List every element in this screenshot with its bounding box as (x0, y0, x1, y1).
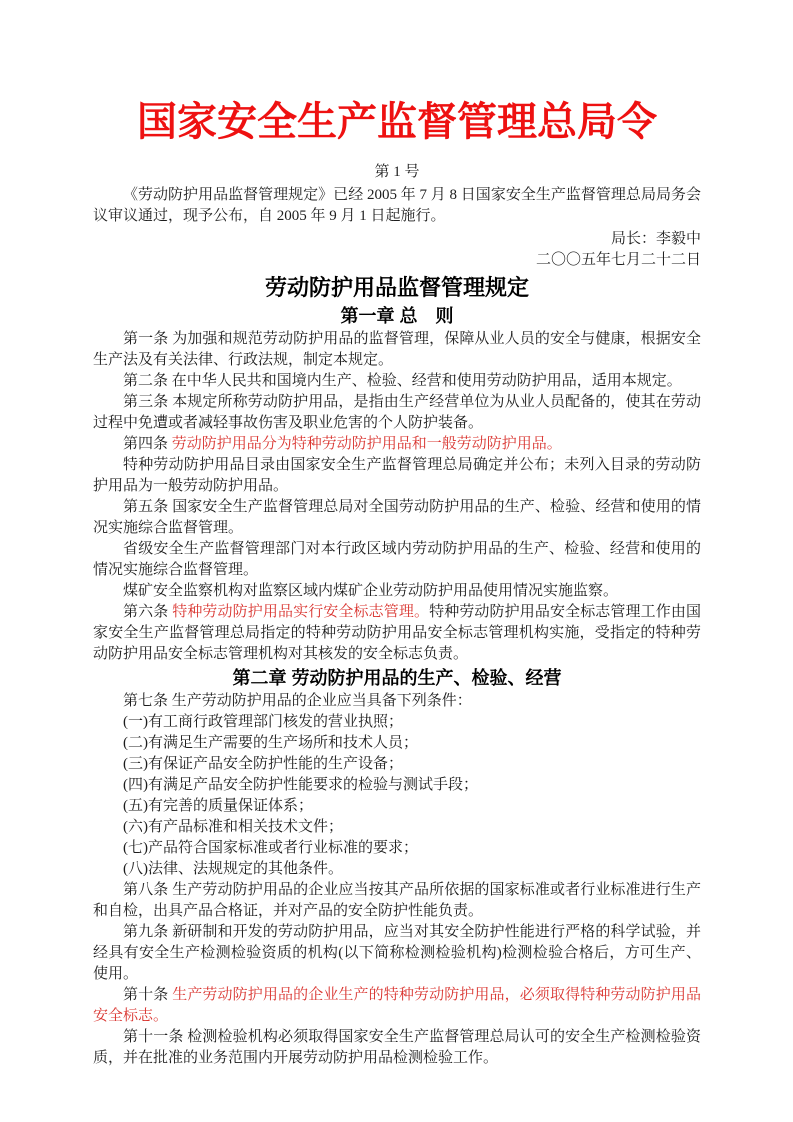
body-paragraph: 第十条 生产劳动防护用品的企业生产的特种劳动防护用品，必须取得特种劳动防护用品安… (93, 985, 701, 1027)
red-emphasis-text: 生产劳动防护用品的企业生产的特种劳动防护用品，必须取得特种劳动防护用品安全标志。 (93, 987, 701, 1024)
red-emphasis-text: 劳动防护用品分为特种劳动防护用品和一般劳动防护用品。 (172, 436, 562, 452)
order-number: 第 1 号 (93, 162, 701, 183)
body-paragraph: 第八条 生产劳动防护用品的企业应当按其产品所依据的国家标准或者行业标准进行生产和… (93, 880, 701, 922)
body-paragraph: 第三条 本规定所称劳动防护用品，是指由生产经营单位为从业人员配备的，使其在劳动过… (93, 392, 701, 434)
text-run: 第一条 为加强和规范劳动防护用品的监督管理，保障从业人员的安全与健康，根据安全生… (93, 331, 701, 368)
text-run: (八)法律、法规规定的其他条件。 (123, 861, 343, 877)
body-paragraph: (七)产品符合国家标准或者行业标准的要求； (93, 838, 701, 859)
signature-date: 二〇〇五年七月二十二日 (93, 250, 701, 271)
body-paragraph: 第六条 特种劳动防护用品实行安全标志管理。特种劳动防护用品安全标志管理工作由国家… (93, 602, 701, 665)
body-paragraph: (二)有满足生产需要的生产场所和技术人员； (93, 733, 701, 754)
body-paragraph: 第十一条 检测检验机构必须取得国家安全生产监督管理总局认可的安全生产检测检验资质… (93, 1027, 701, 1069)
text-run: (七)产品符合国家标准或者行业标准的要求； (123, 840, 418, 856)
body-paragraph: 省级安全生产监督管理部门对本行政区域内劳动防护用品的生产、检验、经营和使用的情况… (93, 539, 701, 581)
text-run: 第五条 国家安全生产监督管理总局对全国劳动防护用品的生产、检验、经营和使用的情况… (93, 499, 701, 536)
body-paragraph: 第二条 在中华人民共和国境内生产、检验、经营和使用劳动防护用品，适用本规定。 (93, 371, 701, 392)
text-run: 煤矿安全监察机构对监察区域内煤矿企业劳动防护用品使用情况实施监察。 (123, 583, 618, 599)
text-run: 第四条 (123, 436, 172, 452)
order-title: 国家安全生产监督管理总局令 (93, 90, 701, 154)
body-paragraph: 煤矿安全监察机构对监察区域内煤矿企业劳动防护用品使用情况实施监察。 (93, 581, 701, 602)
text-run: (三)有保证产品安全防护性能的生产设备； (123, 756, 403, 772)
red-emphasis-text: 特种劳动防护用品实行安全标志管理。 (172, 604, 429, 620)
text-run: (二)有满足生产需要的生产场所和技术人员； (123, 735, 418, 751)
text-run: 第六条 (123, 604, 172, 620)
text-run: 第十一条 检测检验机构必须取得国家安全生产监督管理总局认可的安全生产检测检验资质… (93, 1029, 701, 1066)
body-paragraph: 第四条 劳动防护用品分为特种劳动防护用品和一般劳动防护用品。 (93, 434, 701, 455)
text-run: 第八条 生产劳动防护用品的企业应当按其产品所依据的国家标准或者行业标准进行生产和… (93, 882, 701, 919)
text-run: 特种劳动防护用品目录由国家安全生产监督管理总局确定并公布；未列入目录的劳动防护用… (93, 457, 701, 494)
text-run: 第九条 新研制和开发的劳动防护用品，应当对其安全防护性能进行严格的科学试验，并经… (93, 924, 701, 982)
signature-block: 局长：李毅中 二〇〇五年七月二十二日 (93, 229, 701, 271)
chapter-heading: 第二章 劳动防护用品的生产、检验、经营 (93, 665, 701, 691)
text-run: 省级安全生产监督管理部门对本行政区域内劳动防护用品的生产、检验、经营和使用的情况… (93, 541, 701, 578)
preamble-paragraph: 《劳动防护用品监督管理规定》已经 2005 年 7 月 8 日国家安全生产监督管… (93, 185, 701, 227)
body-paragraph: 特种劳动防护用品目录由国家安全生产监督管理总局确定并公布；未列入目录的劳动防护用… (93, 455, 701, 497)
body-paragraph: 第九条 新研制和开发的劳动防护用品，应当对其安全防护性能进行严格的科学试验，并经… (93, 922, 701, 985)
text-run: (一)有工商行政管理部门核发的营业执照； (123, 714, 403, 730)
body-paragraph: (三)有保证产品安全防护性能的生产设备； (93, 754, 701, 775)
regulation-title: 劳动防护用品监督管理规定 (93, 273, 701, 303)
chapter-heading: 第一章 总 则 (93, 303, 701, 329)
signature-name: 局长：李毅中 (93, 229, 701, 250)
text-run: (五)有完善的质量保证体系； (123, 798, 313, 814)
text-run: 第十条 (123, 987, 172, 1003)
text-run: (六)有产品标准和相关技术文件； (123, 819, 343, 835)
text-run: (四)有满足产品安全防护性能要求的检验与测试手段； (123, 777, 478, 793)
body-paragraph: (四)有满足产品安全防护性能要求的检验与测试手段； (93, 775, 701, 796)
document-page: 国家安全生产监督管理总局令 第 1 号 《劳动防护用品监督管理规定》已经 200… (0, 0, 793, 1122)
body-paragraph: 第五条 国家安全生产监督管理总局对全国劳动防护用品的生产、检验、经营和使用的情况… (93, 497, 701, 539)
body-paragraph: (六)有产品标准和相关技术文件； (93, 817, 701, 838)
body-paragraph: (一)有工商行政管理部门核发的营业执照； (93, 712, 701, 733)
text-run: 第二条 在中华人民共和国境内生产、检验、经营和使用劳动防护用品，适用本规定。 (123, 373, 682, 389)
text-run: 第七条 生产劳动防护用品的企业应当具备下列条件： (123, 693, 472, 709)
document-body: 第一章 总 则第一条 为加强和规范劳动防护用品的监督管理，保障从业人员的安全与健… (93, 303, 701, 1069)
body-paragraph: (五)有完善的质量保证体系； (93, 796, 701, 817)
body-paragraph: 第一条 为加强和规范劳动防护用品的监督管理，保障从业人员的安全与健康，根据安全生… (93, 329, 701, 371)
body-paragraph: 第七条 生产劳动防护用品的企业应当具备下列条件： (93, 691, 701, 712)
body-paragraph: (八)法律、法规规定的其他条件。 (93, 859, 701, 880)
text-run: 第三条 本规定所称劳动防护用品，是指由生产经营单位为从业人员配备的，使其在劳动过… (93, 394, 701, 431)
